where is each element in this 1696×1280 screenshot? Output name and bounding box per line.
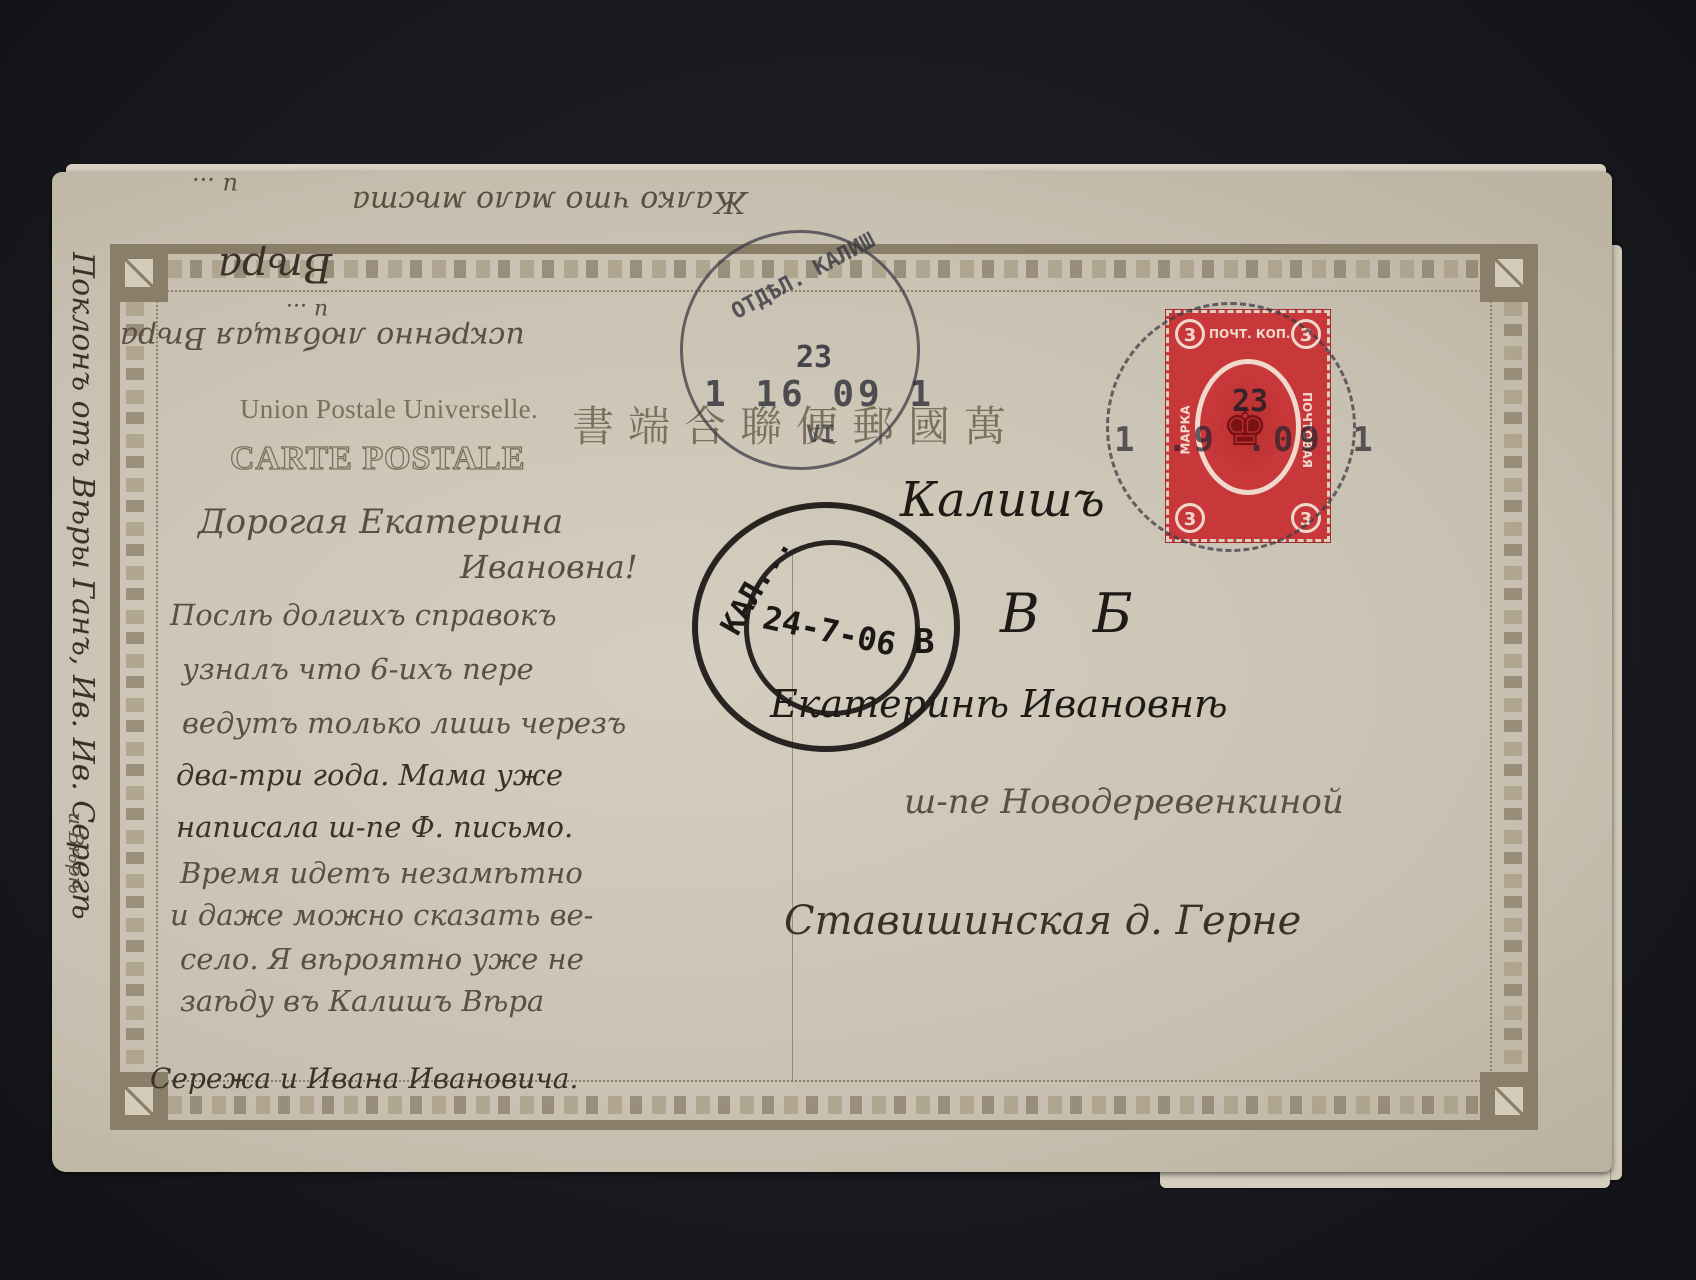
address-city: Калишъ: [900, 472, 1105, 528]
message-line-8: Время идетъ незамѣтно: [180, 856, 583, 890]
message-line-3: Послѣ долгихъ справокъ: [170, 598, 557, 632]
note-left-margin-vertical-2: и Вѣрѣ: [64, 812, 88, 894]
postmark-top-date: 1 16 09 1: [704, 374, 935, 415]
note-upside-down-top-1: Жалко что мало мѣста: [352, 184, 747, 219]
note-upside-down-mid-1: искренно любящая Вѣра: [120, 320, 525, 355]
address-house: Ставишинская д. Герне: [784, 898, 1301, 944]
message-line-2: Ивановна!: [460, 548, 638, 586]
postcard: Union Postale Universelle. CARTE POSTALE…: [52, 172, 1612, 1172]
postmark-top-suffix: VI: [806, 420, 835, 448]
union-postale-universelle-text: Union Postale Universelle.: [240, 394, 538, 425]
address-street: ш-пе Новодеревенкиной: [904, 782, 1344, 822]
corner-ornament-bottom-right: [1480, 1072, 1538, 1130]
message-line-4: узналъ что 6-ихъ пере: [182, 652, 534, 686]
corner-ornament-top-right: [1480, 244, 1538, 302]
message-line-6: два-три года. Мама уже: [176, 758, 563, 792]
postmark-black-suffix: В: [914, 622, 934, 662]
carte-postale-title: CARTE POSTALE: [230, 440, 526, 478]
address-abbrev: В Б: [1000, 582, 1151, 645]
message-line-5: ведутъ только лишь черезъ: [182, 706, 626, 740]
message-line-11: заѣду въ Калишъ Вѣра: [180, 984, 544, 1018]
corner-ornament-top-left: [110, 244, 168, 302]
message-bottom-line: Сережа и Ивана Ивановича.: [150, 1062, 578, 1095]
address-recipient: Екатеринѣ Ивановнѣ: [770, 682, 1228, 726]
note-upside-down-signature: Вѣра: [218, 244, 332, 290]
postmark-top-day: 23: [796, 340, 832, 375]
note-upside-down-mid-2: и ...: [286, 298, 328, 323]
note-upside-down-top-2: и ...: [192, 172, 238, 200]
message-line-7: написала ш-пе Ф. письмо.: [176, 810, 573, 844]
border-band-bottom: [168, 1096, 1480, 1114]
border-band-right: [1504, 302, 1522, 1074]
message-line-10: село. Я вѣроятно уже не: [180, 942, 584, 976]
message-line-9: и даже можно сказать ве-: [170, 898, 593, 932]
message-line-1: Дорогая Екатерина: [198, 502, 563, 542]
postmark-stamp-day: 23: [1232, 384, 1268, 419]
postmark-stamp-date: 1 .9 .09 1: [1114, 420, 1379, 460]
border-band-left: [126, 302, 144, 1074]
